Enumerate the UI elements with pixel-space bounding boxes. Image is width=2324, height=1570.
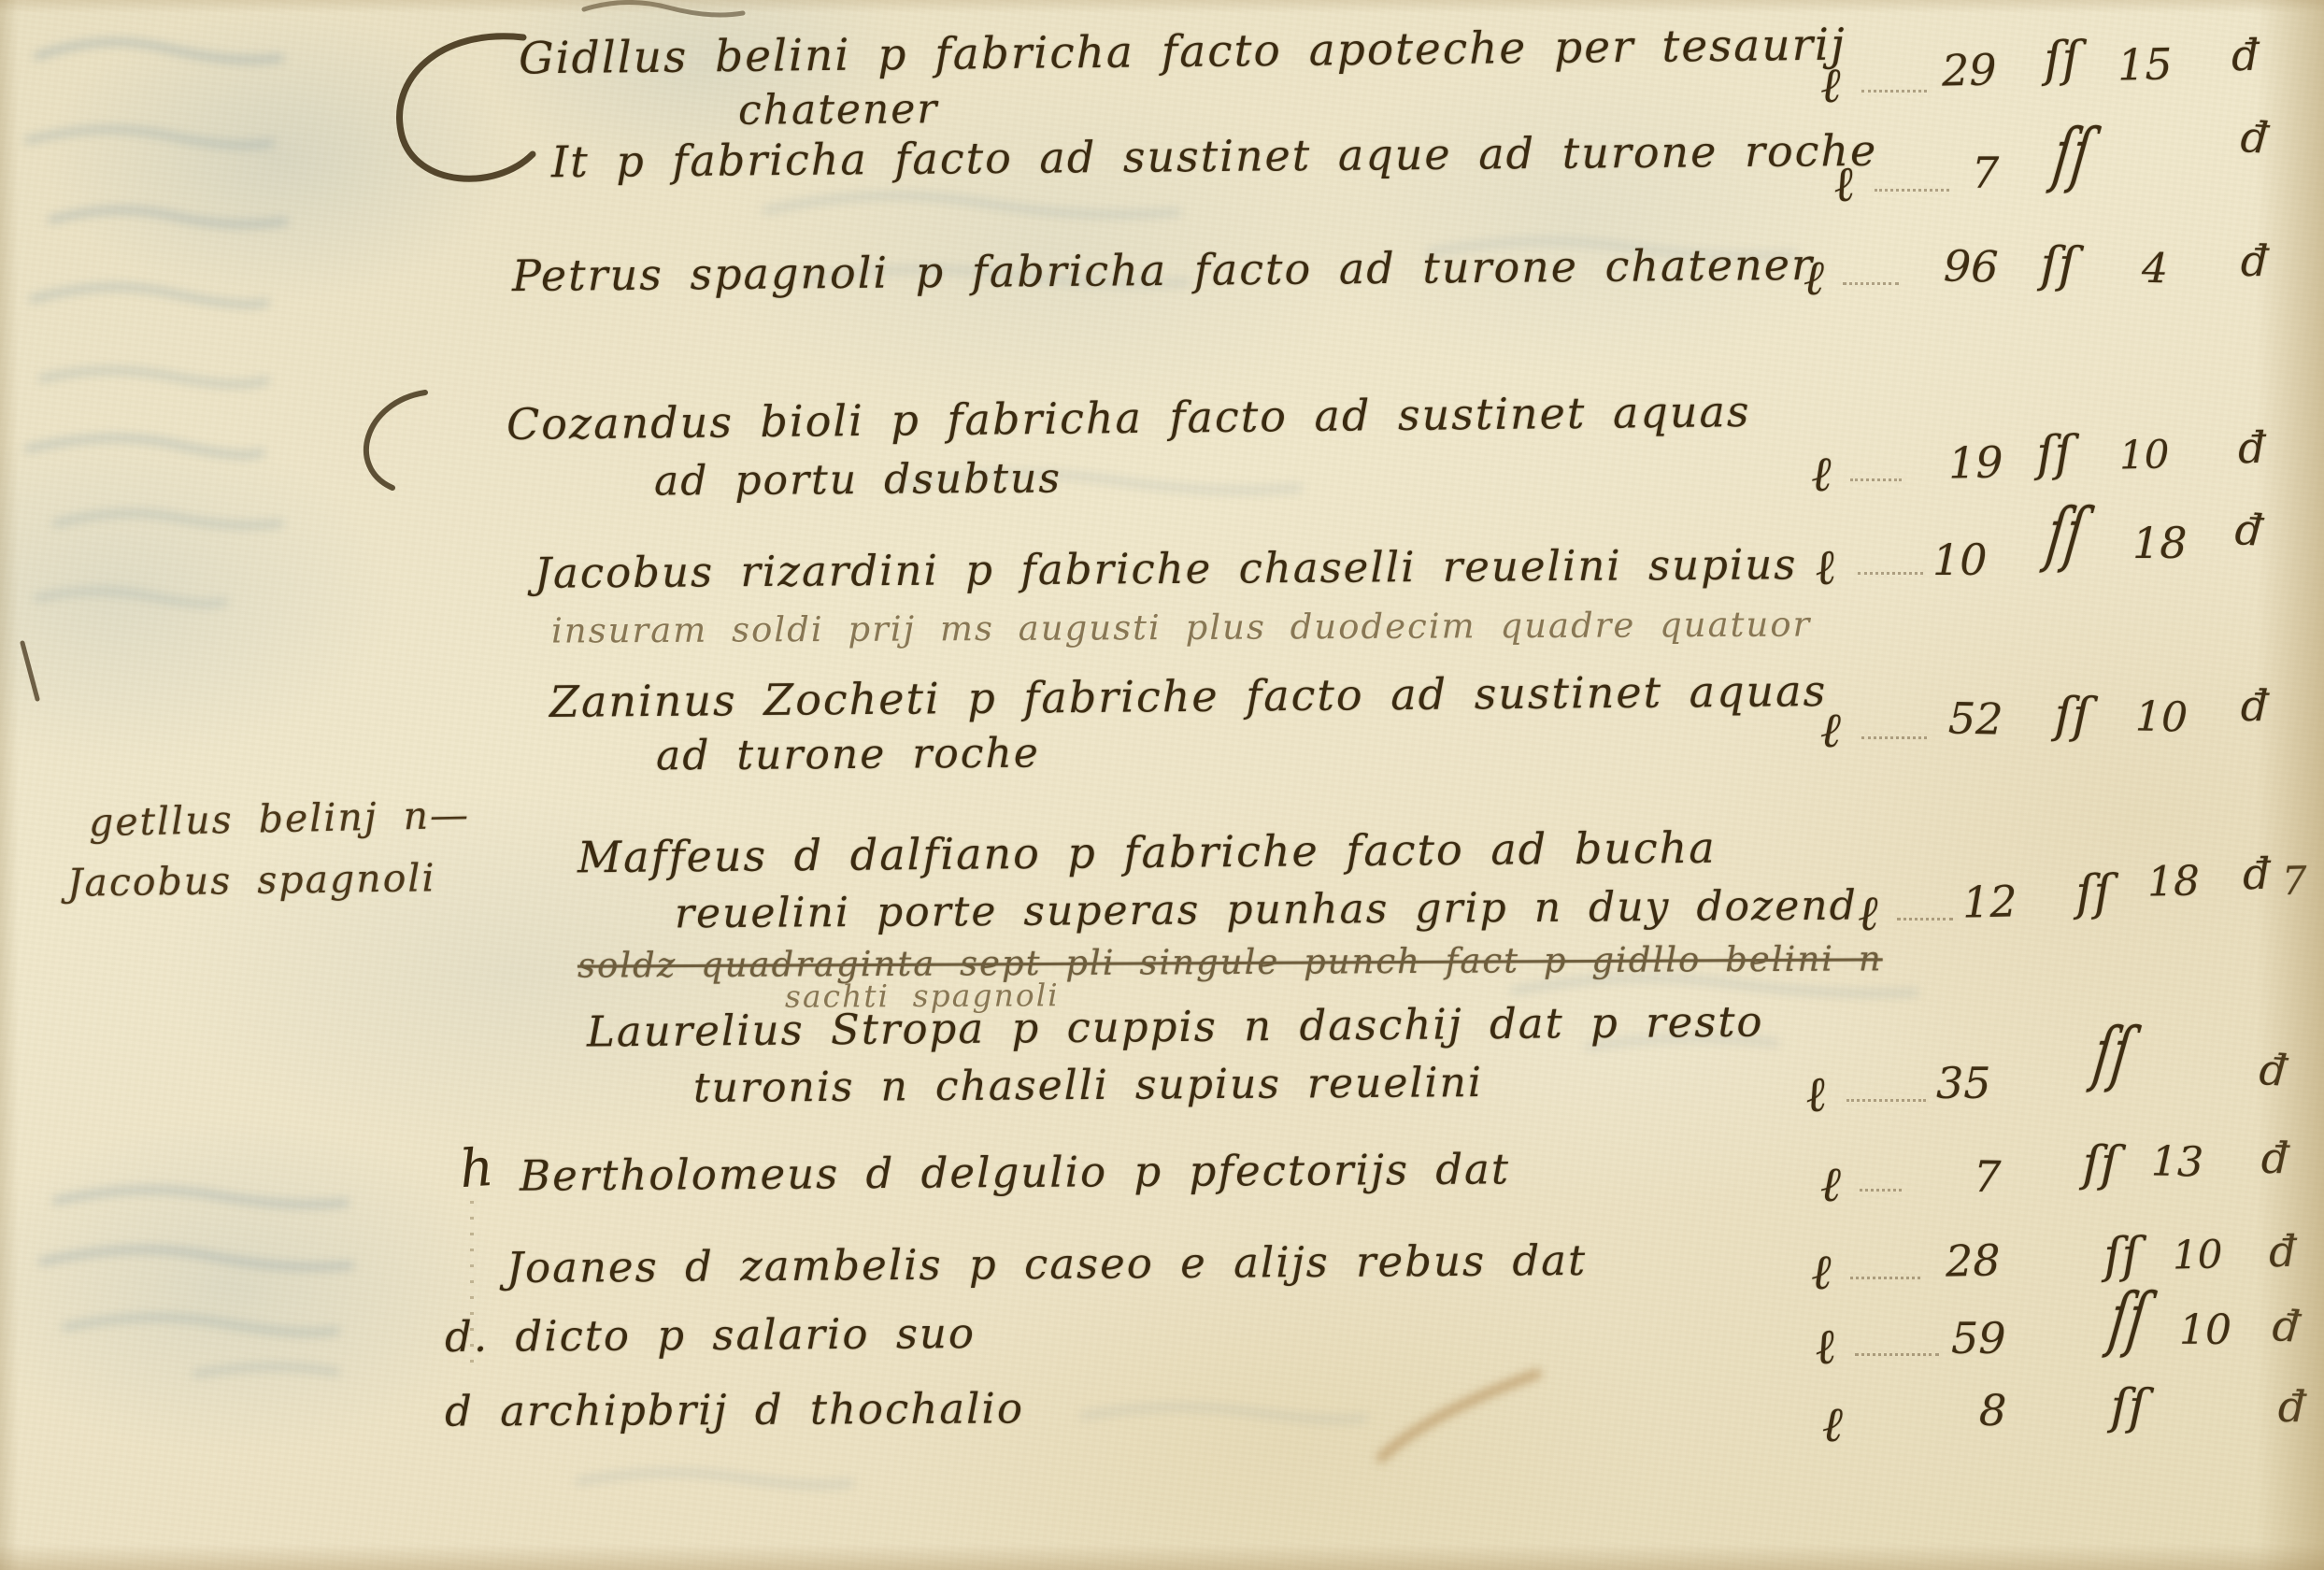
librae-value: 8 xyxy=(1978,1385,2006,1436)
denarii-symbol: đ xyxy=(2242,849,2271,900)
solidi-value: 13 xyxy=(2150,1137,2203,1186)
solidi-value: 10 xyxy=(2118,431,2169,478)
entry-line: Zaninus Zocheti p fabriche facto ad sust… xyxy=(549,665,1828,727)
solidi-symbol: ſſ xyxy=(2036,426,2074,483)
entry-line: turonis n chaselli supius reuelini xyxy=(693,1059,1483,1112)
amount-leader-dots xyxy=(1855,1353,1939,1356)
librae-value: 35 xyxy=(1936,1058,1991,1108)
solidi-symbol: ſſ xyxy=(2110,1379,2147,1436)
denarii-symbol: đ xyxy=(2258,1044,2288,1096)
denarii-value: 7 xyxy=(2281,858,2307,905)
denarii-symbol: đ xyxy=(2240,680,2269,732)
entry-line: Maffeus d dalfiano p fabriche facto ad b… xyxy=(577,822,1717,883)
librae-value: 59 xyxy=(1951,1313,2006,1363)
entry-line: Petrus spagnoli p fabricha facto ad turo… xyxy=(512,239,1814,301)
amount-leader-dots xyxy=(1861,90,1927,93)
librae-symbol: ℓ xyxy=(1810,1245,1832,1301)
librae-symbol: ℓ xyxy=(1819,58,1841,114)
margin-note-line: getllus belinj n— xyxy=(89,792,471,846)
solidi-value: 18 xyxy=(2132,518,2188,568)
denarii-symbol: đ xyxy=(2268,1226,2297,1277)
denarii-symbol: đ xyxy=(2237,422,2266,474)
margin-note-line: Jacobus spagnoli xyxy=(67,855,436,906)
solidi-symbol: ſſ xyxy=(2040,237,2077,294)
manuscript-page: getllus belinj n—Jacobus spagnoliGidllus… xyxy=(0,0,2324,1570)
solidi-symbol: ſſ xyxy=(2048,115,2096,196)
denarii-symbol: đ xyxy=(2260,1133,2289,1184)
entry-line: d archipbrij d thochalio xyxy=(445,1383,1024,1435)
entry-line: Jacobus rizardini p fabriche chaselli re… xyxy=(535,539,1798,597)
entry-line: It p fabricha facto ad sustinet aque ad … xyxy=(551,125,1878,187)
librae-value: 96 xyxy=(1943,240,1999,292)
denarii-symbol: đ xyxy=(2239,111,2270,164)
denarii-symbol: đ xyxy=(2277,1381,2306,1433)
amount-leader-dots xyxy=(1897,918,1953,921)
amount-leader-dots xyxy=(1843,282,1899,285)
amount-leader-dots xyxy=(1875,189,1949,192)
librae-value: 7 xyxy=(1972,148,1999,198)
librae-value: 10 xyxy=(1932,535,1988,585)
denarii-symbol: đ xyxy=(2231,30,2260,81)
entry-line: ad turone roche xyxy=(656,730,1040,780)
denarii-symbol: đ xyxy=(2233,504,2264,556)
solidi-symbol: ſſ xyxy=(2104,1279,2152,1361)
amount-leader-dots xyxy=(1860,1189,1902,1192)
librae-symbol: ℓ xyxy=(1812,539,1838,597)
entry-line: Cozandus bioli p fabricha facto ad susti… xyxy=(506,386,1751,450)
solidi-symbol: ſſ xyxy=(2044,32,2081,89)
paragraph-marker: h xyxy=(458,1137,496,1200)
amount-leader-dots xyxy=(1858,572,1923,575)
librae-symbol: ℓ xyxy=(1857,886,1878,942)
entry-line: insuram soldi prij ms augusti plus duode… xyxy=(551,604,1812,650)
denarii-symbol: đ xyxy=(2271,1300,2302,1352)
solidi-symbol: ſſ xyxy=(2103,1228,2141,1285)
entry-line: Bertholomeus d delgulio p pfectorijs dat xyxy=(520,1144,1510,1200)
solidi-value: 10 xyxy=(2179,1306,2231,1354)
solidi-symbol: ſſ xyxy=(2054,688,2091,745)
amount-leader-dots xyxy=(1846,1099,1926,1102)
amount-leader-dots xyxy=(1850,1277,1920,1279)
entry-line: d. dicto p salario suo xyxy=(445,1308,976,1362)
librae-value: 52 xyxy=(1947,692,2003,744)
solidi-value: 15 xyxy=(2117,38,2173,90)
solidi-value: 4 xyxy=(2141,245,2168,293)
librae-value: 12 xyxy=(1961,876,2017,927)
librae-symbol: ℓ xyxy=(1812,1319,1838,1377)
librae-symbol: ℓ xyxy=(1810,447,1832,503)
librae-symbol: ℓ xyxy=(1819,703,1841,759)
librae-value: 19 xyxy=(1947,436,2003,488)
solidi-symbol: ſſ xyxy=(2082,1136,2119,1193)
solidi-symbol: ſſ xyxy=(2089,1014,2136,1095)
librae-symbol: ℓ xyxy=(1803,250,1824,307)
entry-line: Joanes d zambelis p caseo e alijs rebus … xyxy=(506,1235,1587,1292)
librae-symbol: ℓ xyxy=(1821,1397,1843,1453)
solidi-value: 10 xyxy=(2134,692,2188,741)
solidi-value: 18 xyxy=(2146,857,2200,906)
entry-line: chatener xyxy=(738,85,939,134)
denarii-symbol: đ xyxy=(2240,235,2269,287)
entry-line: reuelini porte superas punhas grip n duy… xyxy=(675,882,1858,938)
librae-value: 7 xyxy=(1973,1151,2001,1203)
solidi-symbol: ſſ xyxy=(2075,865,2113,922)
librae-value: 28 xyxy=(1945,1235,2001,1286)
entry-line: Laurelius Stropa p cuppis n daschij dat … xyxy=(587,997,1764,1057)
amount-leader-dots xyxy=(1861,736,1927,739)
entry-line: Gidllus belini p fabricha facto apoteche… xyxy=(519,20,1846,85)
solidi-value: 10 xyxy=(2172,1231,2222,1277)
librae-symbol: ℓ xyxy=(1803,1066,1829,1124)
solidi-symbol: ſſ xyxy=(2042,494,2089,576)
entry-line: soldz quadraginta sept pli singule punch… xyxy=(577,938,1883,985)
librae-symbol: ℓ xyxy=(1819,1157,1841,1213)
amount-leader-dots xyxy=(1850,478,1902,481)
librae-value: 29 xyxy=(1941,44,1997,95)
ink-layer: getllus belinj n—Jacobus spagnoliGidllus… xyxy=(0,0,2324,1570)
entry-line: ad portu dsubtus xyxy=(654,454,1062,505)
